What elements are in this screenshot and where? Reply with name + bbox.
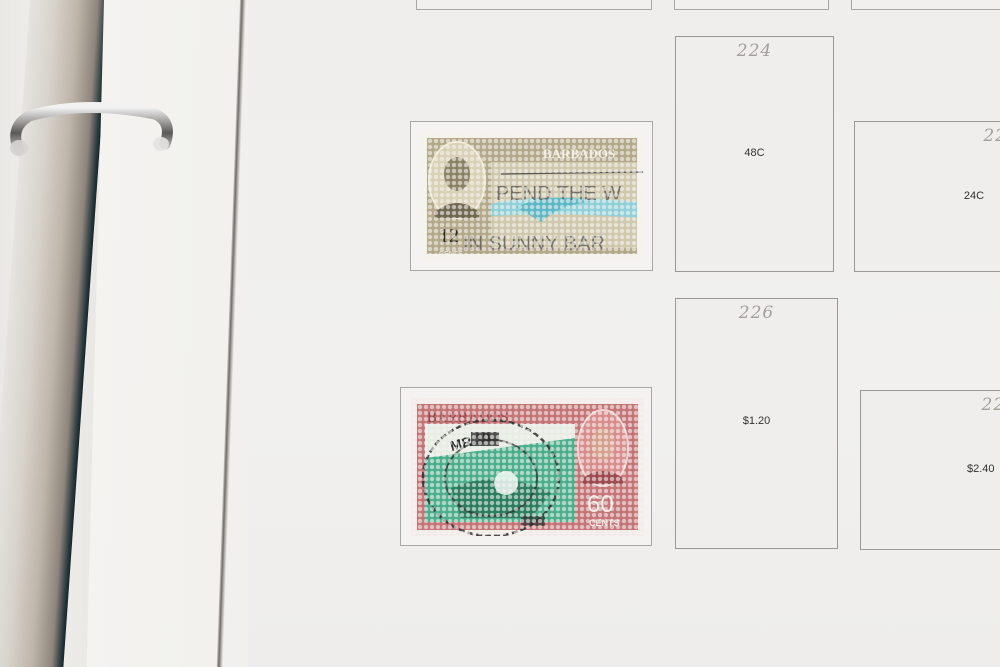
svg-text:BARBADOS: BARBADOS: [543, 146, 615, 161]
binder-ring: [5, 98, 177, 158]
svg-text:CENTS: CENTS: [439, 251, 463, 258]
svg-text:IN SUNNY BAR: IN SUNNY BAR: [463, 233, 605, 255]
stamp-12c-artwork: BARBADOS 12 CENTS PEND THE W IN SUNNY BA…: [421, 132, 643, 260]
svg-text:CENTS: CENTS: [589, 518, 620, 528]
stamp-mount-12c: BARBADOS 12 CENTS PEND THE W IN SUNNY BA…: [410, 121, 653, 271]
stamp-60c[interactable]: BARBADOS 60 CENTS MR 10: [411, 398, 644, 536]
empty-space-224[interactable]: 224 48C: [675, 36, 834, 272]
space-number: 227: [861, 395, 1000, 415]
stamp-12c[interactable]: BARBADOS 12 CENTS PEND THE W IN SUNNY BA…: [421, 132, 643, 260]
svg-text:12: 12: [439, 225, 459, 247]
album-page: BARBADOS 12 CENTS PEND THE W IN SUNNY BA…: [248, 0, 1000, 667]
top-mount-1: [416, 0, 652, 10]
space-number: 226: [676, 303, 837, 323]
stamp-60c-artwork: BARBADOS 60 CENTS MR 10: [411, 398, 644, 536]
empty-space-226[interactable]: 226 $1.20: [675, 298, 838, 549]
empty-space-227[interactable]: 227 $2.40: [860, 390, 1000, 550]
space-number: 224: [676, 41, 833, 61]
top-mount-3: [851, 0, 1000, 10]
svg-text:60: 60: [587, 491, 614, 518]
space-price: 48C: [676, 147, 833, 159]
space-price: $2.40: [861, 463, 1000, 475]
top-mount-2: [674, 0, 829, 10]
empty-space-225[interactable]: 22 24C: [854, 121, 1000, 272]
space-price: 24C: [855, 190, 1000, 202]
svg-text:PEND THE W: PEND THE W: [496, 183, 621, 205]
stamp-mount-60c: BARBADOS 60 CENTS MR 10: [400, 387, 652, 546]
space-number: 22: [855, 126, 1000, 146]
space-price: $1.20: [676, 415, 837, 427]
